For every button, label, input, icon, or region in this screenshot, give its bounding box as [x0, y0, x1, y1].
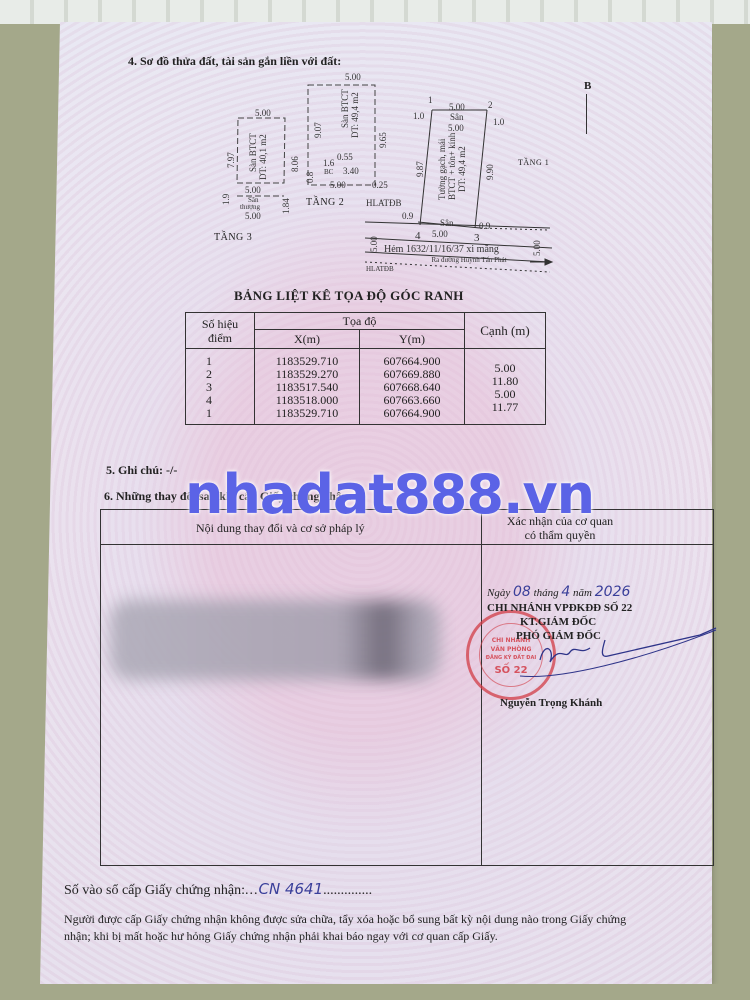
register-label: Số vào sổ cấp Giấy chứng nhận: [64, 883, 245, 898]
signer-name: Nguyễn Trọng Khánh [500, 697, 602, 709]
register-number-line: Số vào sổ cấp Giấy chứng nhận:...CN 4641… [64, 880, 372, 899]
register-value: CN 4641 [259, 880, 324, 898]
watermark-text: nhadat888.vn [185, 463, 594, 526]
footer-notice: Người được cấp Giấy chứng nhận không đượ… [64, 911, 644, 945]
